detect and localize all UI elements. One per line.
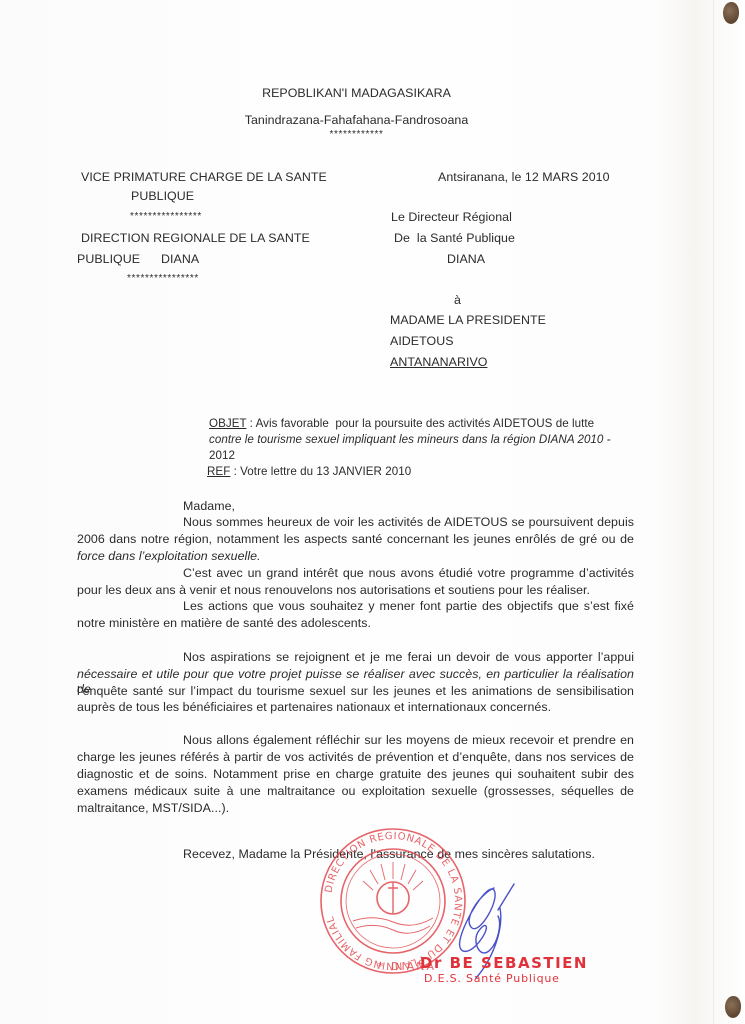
p4-line-4: auprès de tous les bénéficiaires et part… <box>77 700 551 715</box>
binder-hole-top <box>723 2 739 24</box>
national-motto: Tanindrazana-Fahafahana-Fandrosoana <box>0 113 713 128</box>
signatory-name: Dr BE SEBASTIEN <box>420 954 588 972</box>
binder-hole-bottom <box>725 996 741 1018</box>
sender-stars-2: **************** <box>127 271 199 286</box>
subject-text-1: : Avis favorable pour la poursuite des a… <box>246 417 594 430</box>
recipient-city: ANTANANARIVO <box>390 355 487 370</box>
p5-line-5: maltraitance, MST/SIDA...). <box>77 801 229 816</box>
subject-line-2: contre le tourisme sexuel impliquant les… <box>209 432 611 447</box>
reference-line: REF : Votre lettre du 13 JANVIER 2010 <box>207 464 411 479</box>
p5-line-1: Nous allons également réfléchir sur les … <box>183 733 634 748</box>
p1-line-3-text: force dans l’exploitation sexuelle. <box>77 549 261 563</box>
sender-direction-cont: PUBLIQUE DIANA <box>77 252 199 267</box>
p5-line-3: diagnostic et de soins. Notamment prise … <box>77 767 634 782</box>
recipient-a: à <box>454 293 461 308</box>
p3-line-2: notre ministère en matière de santé des … <box>77 616 371 631</box>
subject-line-3: 2012 <box>209 448 235 463</box>
p4-line-1: Nos aspirations se rejoignent et je me f… <box>183 650 634 665</box>
sender-direction: DIRECTION REGIONALE DE LA SANTE <box>81 231 310 246</box>
from-region: DIANA <box>447 252 485 267</box>
p2-line-2: pour les deux ans à venir et nous renouv… <box>77 583 590 598</box>
place-date: Antsiranana, le 12 MARS 2010 <box>438 170 610 185</box>
p5-line-4: examens médicaux suite à une maltraitanc… <box>77 784 634 799</box>
p1-line-1: Nous sommes heureux de voir les activité… <box>183 515 634 530</box>
p1-line-3: force dans l’exploitation sexuelle. <box>77 549 261 564</box>
recipient-org: AIDETOUS <box>390 334 454 349</box>
sender-stars-1: **************** <box>130 209 202 224</box>
paper-edge <box>713 0 714 1024</box>
subject-line-1: OBJET : Avis favorable pour la poursuite… <box>209 416 594 431</box>
reference-label: REF <box>207 465 230 478</box>
p5-line-2: charge les jeunes référés à partir de vo… <box>77 750 634 765</box>
recipient-title: MADAME LA PRESIDENTE <box>390 313 546 328</box>
p2-line-1: C’est avec un grand intérêt que nous avo… <box>183 566 634 581</box>
p4-line-3: l’enquête santé sur l’impact du tourisme… <box>77 684 634 699</box>
scanned-letter-page: REPOBLIKAN'I MADAGASIKARA Tanindrazana-F… <box>0 0 745 1024</box>
from-department: De la Santé Publique <box>394 231 515 246</box>
p1-line-2: 2006 dans notre région, notamment les as… <box>77 532 634 547</box>
p3-line-1: Les actions que vous souhaitez y mener f… <box>183 599 634 614</box>
sender-ministry: VICE PRIMATURE CHARGE DE LA SANTE <box>81 170 327 185</box>
motto-stars: ************ <box>0 127 713 142</box>
from-title: Le Directeur Régional <box>391 210 512 225</box>
country-header: REPOBLIKAN'I MADAGASIKARA <box>0 86 713 101</box>
signatory-title: D.E.S. Santé Publique <box>424 972 560 985</box>
subject-label: OBJET <box>209 417 246 430</box>
salutation: Madame, <box>183 499 235 514</box>
sender-ministry-cont: PUBLIQUE <box>131 189 194 204</box>
reference-text: : Votre lettre du 13 JANVIER 2010 <box>230 465 411 478</box>
